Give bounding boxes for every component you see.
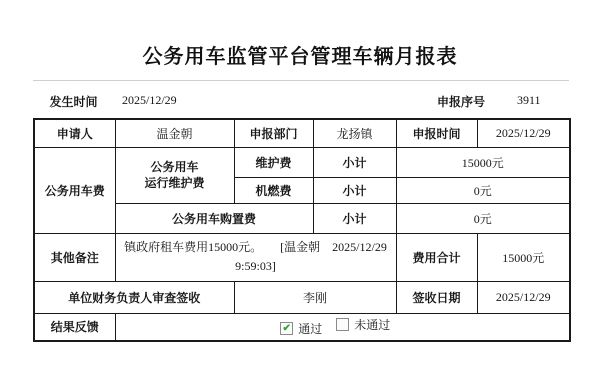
page-title: 公务用车监管平台管理车辆月报表 xyxy=(0,40,600,69)
serial-number-label: 申报序号 xyxy=(413,93,509,110)
cell-subtotal-label-3: 小计 xyxy=(313,203,396,233)
serial-number-value: 3911 xyxy=(517,93,541,108)
cell-subtotal-label-2: 小计 xyxy=(313,177,396,203)
checkbox-fail-label: 未通过 xyxy=(354,316,390,333)
cell-finance-sign-value: 李刚 xyxy=(234,281,396,313)
cell-operation-maintenance-label: 公务用车 运行维护费 xyxy=(115,147,234,203)
report-tbody: 申请人温金朝申报部门龙扬镇申报时间2025/12/29公务用车费公务用车 运行维… xyxy=(34,119,570,341)
cell-maintenance-fee-value: 15000元 xyxy=(396,147,570,177)
cell-declare-time-value: 2025/12/29 xyxy=(477,119,570,147)
cell-vehicle-fee-label: 公务用车费 xyxy=(34,147,115,233)
cell-fuel-fee-label: 机燃费 xyxy=(234,177,313,203)
report-page: 公务用车监管平台管理车辆月报表 发生时间 2025/12/29 申报序号 391… xyxy=(0,0,600,385)
cell-sign-date-label: 签收日期 xyxy=(396,281,477,313)
table-row: 申请人温金朝申报部门龙扬镇申报时间2025/12/29 xyxy=(34,119,570,147)
checkbox-pass-label: 通过 xyxy=(298,320,322,337)
table-row: 单位财务负责人审查签收李刚签收日期2025/12/29 xyxy=(34,281,570,313)
cell-fee-total-label: 费用合计 xyxy=(396,233,477,281)
cell-applicant-value: 温金朝 xyxy=(115,119,234,147)
cell-purchase-fee-value: 0元 xyxy=(396,203,570,233)
checkbox-pass[interactable]: ✔ xyxy=(280,322,293,335)
cell-remark-value: 镇政府租车费用15000元。 [温金朝 2025/12/29 9:59:03] xyxy=(115,233,396,281)
cell-fuel-fee-value: 0元 xyxy=(396,177,570,203)
cell-sign-date-value: 2025/12/29 xyxy=(477,281,570,313)
table-row: 公务用车购置费小计0元 xyxy=(34,203,570,233)
cell-feedback-value: ✔通过未通过 xyxy=(115,313,570,341)
cell-applicant-label: 申请人 xyxy=(34,119,115,147)
report-table: 申请人温金朝申报部门龙扬镇申报时间2025/12/29公务用车费公务用车 运行维… xyxy=(33,118,571,342)
occur-time-value: 2025/12/29 xyxy=(122,93,177,108)
cell-declare-time-label: 申报时间 xyxy=(396,119,477,147)
cell-department-label: 申报部门 xyxy=(234,119,313,147)
cell-maintenance-fee-label: 维护费 xyxy=(234,147,313,177)
cell-remark-label: 其他备注 xyxy=(34,233,115,281)
cell-subtotal-label-1: 小计 xyxy=(313,147,396,177)
meta-row: 发生时间 2025/12/29 申报序号 3911 xyxy=(33,80,569,119)
cell-purchase-fee-label: 公务用车购置费 xyxy=(115,203,313,233)
cell-finance-sign-label: 单位财务负责人审查签收 xyxy=(34,281,234,313)
checkbox-fail-item: 未通过 xyxy=(336,316,390,333)
cell-fee-total-value: 15000元 xyxy=(477,233,570,281)
occur-time-label: 发生时间 xyxy=(33,93,114,110)
table-row: 公务用车费公务用车 运行维护费维护费小计15000元 xyxy=(34,147,570,177)
checkbox-pass-item: ✔通过 xyxy=(280,320,322,337)
cell-feedback-label: 结果反馈 xyxy=(34,313,115,341)
cell-department-value: 龙扬镇 xyxy=(313,119,396,147)
checkbox-fail[interactable] xyxy=(336,318,349,331)
table-row: 其他备注镇政府租车费用15000元。 [温金朝 2025/12/29 9:59:… xyxy=(34,233,570,281)
table-row: 结果反馈✔通过未通过 xyxy=(34,313,570,341)
